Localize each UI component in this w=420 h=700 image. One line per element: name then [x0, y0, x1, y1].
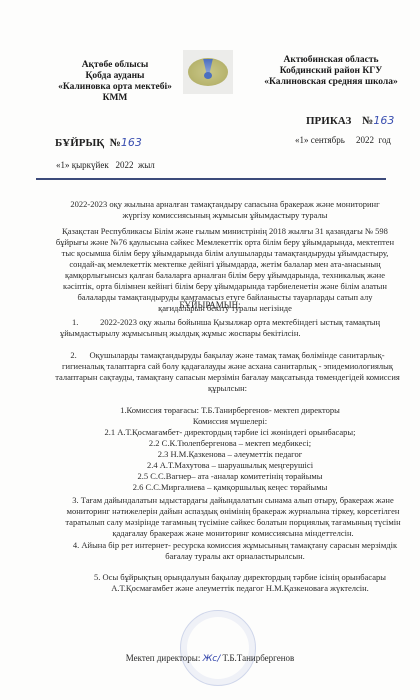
order-ru-number-prefix: № [362, 115, 373, 127]
document-title: 2022-2023 оқу жылына арналған тамақтанды… [60, 199, 390, 221]
header-ru-line: «Калиновская средняя школа» [256, 77, 406, 88]
commission-member: 2.5 С.С.Вагнер– ата -аналар комитетінің … [60, 471, 400, 482]
commission-member: 2.2 С.К.Тюлепбергенова – мектеп медбикес… [60, 438, 400, 449]
header-divider [36, 178, 386, 180]
header-kz-line: Қобда ауданы [40, 71, 190, 82]
order-kz-date: «1» қыркүйек 2022 жыл [56, 160, 155, 170]
header-ru: Актюбинская область Кобдинский район КГУ… [256, 55, 406, 88]
item-1-text: 2022-2023 оқу жылы бойынша Қызылжар орта… [60, 317, 380, 338]
order-ru-label: ПРИКАЗ [306, 115, 351, 127]
order-kz-title: БҰЙРЫҚ №163 [55, 136, 142, 149]
signature-name: Т.Б.Танирбергенов [223, 653, 295, 663]
header-kz: Ақтөбе облысы Қобда ауданы «Калиновка ор… [40, 60, 190, 104]
commission-chair: 1.Комиссия төрағасы: Т.Б.Танирбергенов- … [60, 405, 400, 416]
commission-member: 2.6 С.С.Миргалиева – қамқоршылық кеңес т… [60, 482, 400, 493]
item-2: 2. Оқушыларды тамақтандыруды бақылау жән… [55, 350, 400, 394]
commission-member: 2.3 Н.М.Қазкенова – әлеуметтік педагог [60, 449, 400, 460]
order-kz-label: БҰЙРЫҚ [55, 137, 104, 149]
order-ru-title: ПРИКАЗ №163 [306, 114, 394, 127]
signature-mark: Жс/ [203, 654, 221, 664]
commission-member: 2.1 А.Т.Қосмағамбет- директордың тәрбие … [60, 427, 400, 438]
item-5: 5. Осы бұйрықтың орындалуын бақылау дире… [80, 572, 400, 594]
item-1: 1. 2022-2023 оқу жылы бойынша Қызылжар о… [60, 317, 400, 339]
stamp-icon [180, 610, 256, 686]
header-ru-line: Кобдинский район КГУ [256, 66, 406, 77]
header-kz-line: КММ [40, 93, 190, 104]
header-kz-line: «Калиновка орта мектебі» [40, 82, 190, 93]
order-kz-number: 163 [121, 136, 142, 149]
item-4: 4. Айына бір рет интернет- ресурска коми… [70, 540, 400, 562]
header-ru-line: Актюбинская область [256, 55, 406, 66]
signature-label: Мектеп директоры: [126, 653, 201, 663]
item-3: 3. Тағам дайындалатын ыдыстардағы дайынд… [63, 495, 403, 539]
header-kz-line: Ақтөбе облысы [40, 60, 190, 71]
order-ru-date: «1» сентябрь 2022 год [295, 135, 391, 145]
emblem-sun [204, 72, 212, 79]
commission-list: 1.Комиссия төрағасы: Т.Б.Танирбергенов- … [60, 405, 400, 493]
order-word: БҰЙЫРАМЫН: [0, 300, 420, 311]
commission-member: 2.4 А.Т.Махутова – шаруашылық меңгерушіс… [60, 460, 400, 471]
signature-line: Мектеп директоры: Жс/ Т.Б.Танирбергенов [0, 653, 420, 665]
emblem-icon [183, 50, 233, 94]
commission-members-heading: Комиссия мүшелері: [60, 416, 400, 427]
order-ru-number: 163 [373, 114, 394, 127]
item-2-text: Оқушыларды тамақтандыруды бақылау және т… [55, 350, 400, 393]
item-1-number: 1. [72, 317, 98, 328]
item-2-number: 2. [70, 350, 76, 360]
order-kz-number-prefix: № [110, 137, 121, 149]
